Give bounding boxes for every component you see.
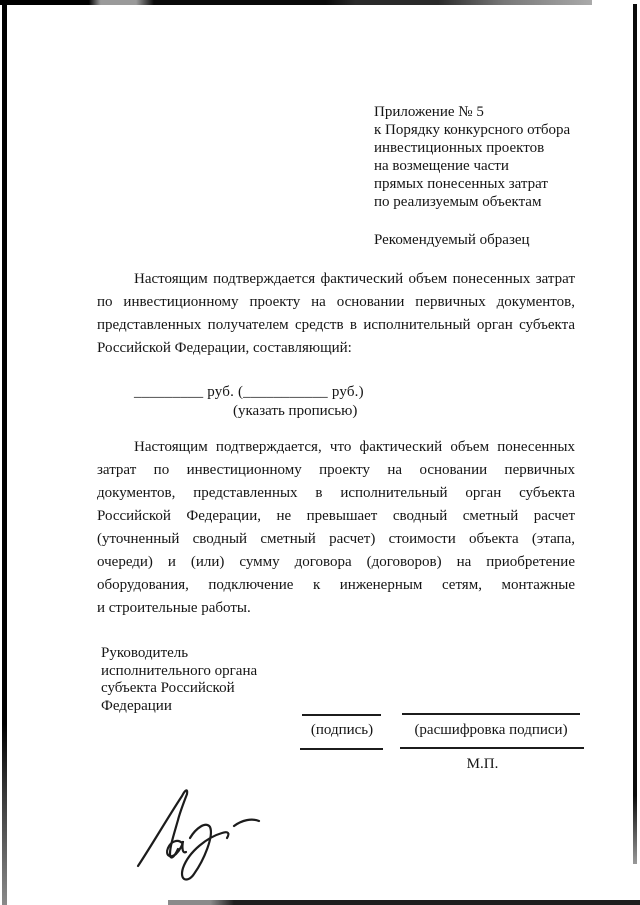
appendix-line: Приложение № 5 — [374, 103, 614, 121]
paragraph-line: Российской Федерации, составляющий: — [97, 337, 575, 360]
signer-title-line: Руководитель — [101, 645, 331, 663]
scan-border-left — [2, 0, 7, 905]
appendix-line: по реализуемым объектам — [374, 193, 614, 211]
amount-hint-label: (указать прописью) — [233, 403, 357, 420]
scan-border-right — [633, 4, 637, 864]
appendix-line: прямых понесенных затрат — [374, 175, 614, 193]
name-rule-top — [402, 713, 580, 715]
paragraph-line: Настоящим подтверждается фактический объ… — [97, 268, 575, 291]
paragraph-line: оборудования, подключение к инженерным с… — [97, 574, 575, 597]
paragraph-line: Российской Федерации, не превышает сводн… — [97, 505, 575, 528]
paragraph-line: очереди) и (или) сумму договора (договор… — [97, 551, 575, 574]
paragraph-line: Настоящим подтверждается, что фактически… — [97, 436, 575, 459]
sample-type-label: Рекомендуемый образец — [374, 232, 530, 249]
appendix-line: инвестиционных проектов — [374, 139, 614, 157]
amount-blank-line: _________ руб. (___________ руб.) — [134, 384, 364, 401]
name-caption: (расшифровка подписи) — [402, 722, 580, 739]
signature-rule-bottom — [300, 748, 383, 750]
scanned-document-page: Приложение № 5 к Порядку конкурсного отб… — [0, 0, 640, 905]
paragraph-line: и строительные работы. — [97, 597, 575, 620]
appendix-line: к Порядку конкурсного отбора — [374, 121, 614, 139]
confirmation-paragraph-2: Настоящим подтверждается, что фактически… — [97, 436, 575, 620]
signer-title-block: Руководитель исполнительного органа субъ… — [101, 645, 331, 715]
paragraph-line: (уточненный сводный сметный расчет) стои… — [97, 528, 575, 551]
signature-rule-top — [302, 714, 381, 716]
scan-border-bottom — [168, 900, 640, 905]
signer-title-line: Федерации — [101, 698, 331, 716]
scan-border-top — [0, 0, 592, 5]
appendix-line: на возмещение части — [374, 157, 614, 175]
name-rule-bottom — [400, 747, 584, 749]
signature-caption: (подпись) — [295, 722, 389, 739]
appendix-reference-block: Приложение № 5 к Порядку конкурсного отб… — [374, 103, 614, 211]
signer-title-line: субъекта Российской — [101, 680, 331, 698]
signer-title-line: исполнительного органа — [101, 663, 331, 681]
stamp-placeholder: М.П. — [395, 756, 570, 773]
paragraph-line: затрат по инвестиционному проекту на осн… — [97, 459, 575, 482]
paragraph-line: по инвестиционному проекту на основании … — [97, 291, 575, 314]
confirmation-paragraph-1: Настоящим подтверждается фактический объ… — [97, 268, 575, 360]
handwritten-signature — [128, 786, 273, 891]
paragraph-line: представленных получателем средств в исп… — [97, 314, 575, 337]
paragraph-line: документов, представленных в исполнитель… — [97, 482, 575, 505]
